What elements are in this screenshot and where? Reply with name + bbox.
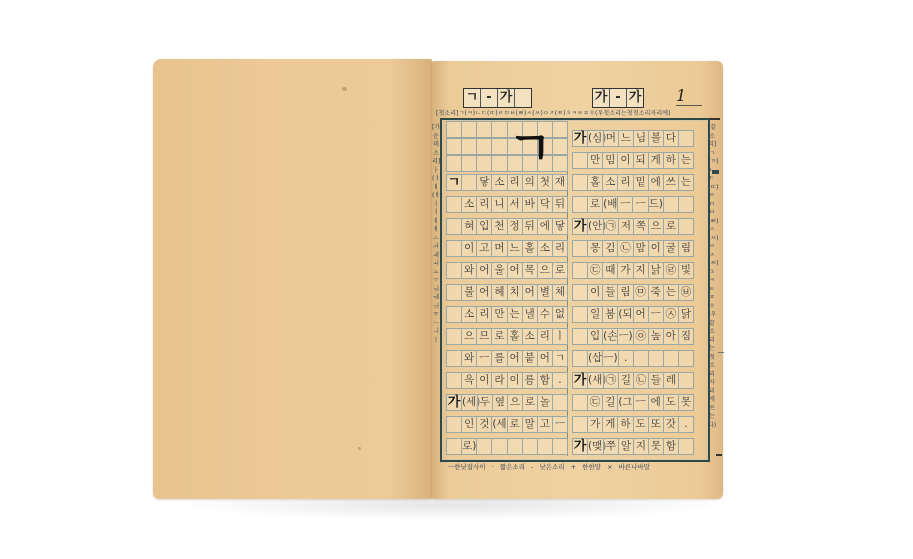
grid-row: 가 (심) 머 느 님 볼 다 [572, 130, 694, 147]
header-char: 가 [627, 89, 643, 107]
grid-row: 가 (안) ㉠ 저 쪽 으 로 [572, 218, 694, 235]
grid-row: 혀 입 천 정 뒤 에 닿 [446, 218, 568, 235]
page-edge-mark [710, 118, 720, 120]
grid-row: 이 들 림 ㉤ 죽 는 ㉥ [572, 284, 694, 301]
grid-row: 로 (배 ㅡ ㅡ 드) [572, 196, 694, 213]
grid-row: ㉢ 길 (그 ㅡ 에 도 못 [572, 394, 694, 411]
header-box-syllable: 가 - 가 [592, 88, 644, 108]
grid-row: 가 (새) ㉠ 길 ㉡ 들 레 [572, 372, 694, 389]
header-char: - [481, 89, 498, 107]
grid-row: 인 것 (세 로 말 고 ㅡ [446, 416, 568, 433]
grid-row: 만 밈 이 되 게 하 는 [572, 152, 694, 169]
initial-consonant-legend: [첫소리]ㄱ(ㅋ)ㄴㄷ(ㄸ)ㄹㅁㅂ(ㅃ)ㅅ(ㅆ)ㅇㅈ(ㅉ)ㅊㅋㅌㅍㅎ(우첫소리는… [436, 108, 708, 117]
header-box-consonant-vowel: ㄱ - 가 [463, 88, 532, 108]
title-consonant: ㄱ [508, 125, 552, 171]
notation-legend-footer: ㅡ한낮잡사이 · 짧은소리 - 낮은소리 + 한한말 × 바른나바말 [448, 462, 710, 471]
header-char: ㄱ [464, 89, 481, 107]
grid-row: 일 붐 (되 어 ㅡ ㉦ 닭 [572, 306, 694, 323]
grid-row: 로) [446, 438, 568, 455]
grid-row: 소 리 니 서 바 닥 뒤 [446, 196, 568, 213]
left-page-blank [153, 59, 432, 499]
paper-stain [358, 447, 361, 450]
grid-row: 홀 소 리 밑 에 쓰 는 [572, 174, 694, 191]
paper-stain [342, 87, 347, 91]
grid-row: 가 (맺) 쭈 알 지 못 함 [572, 438, 694, 455]
grid-row: 불 어 헤 치 어 별 체 [446, 284, 568, 301]
grid-row: 윽 이 라 이 름 함 . [446, 372, 568, 389]
header-char [515, 89, 531, 107]
grid-row: 으 므 로 홀 소 리 ㅣ [446, 328, 568, 345]
page-number: 1 [676, 86, 702, 106]
right-writing-column: 가 (심) 머 느 님 볼 다 만 밈 이 되 게 하 는 홀 소 리 밑 에 … [572, 121, 694, 456]
page-edge-mark [712, 170, 719, 174]
page-edge-mark [718, 352, 724, 353]
left-writing-column: ㄱ ㄱ 닿 소 리 의 첫 재 소 리 니 서 바 닥 뒤 혀 입 천 정 뒤 … [446, 121, 568, 456]
grid-row: 와 어 울 어 목 으 로 [446, 262, 568, 279]
grid-row: ㄱ 닿 소 리 의 첫 재 [446, 174, 568, 191]
vowel-legend-sidebar: [가운데소리]ㅏ(ㅑ)ㅐ(ㅒ)ㅓㅕㅔㅖㅗㅘㅙㅚㅛㅜㅝㅞㅟㅠㅡㅢㅣ [432, 124, 440, 345]
header-char: 가 [593, 89, 610, 107]
grid-row: 가 게 하 도 또 갓 . [572, 416, 694, 433]
grid-row: 이 고 머 느 홀 소 리 [446, 240, 568, 257]
grid-row: 몽 김 ㉡ 맘 이 굴 림 [572, 240, 694, 257]
header-char: 가 [498, 89, 515, 107]
header-char: - [610, 89, 627, 107]
grid-row: 와 ㅡ 를 어 붙 어 ㄱ [446, 350, 568, 367]
grid-row: (삽 ㅡ) . [572, 350, 694, 367]
page-edge-mark [716, 454, 722, 456]
grid-row: ㉢ 때 가 지 낡 ㉣ 빛 [572, 262, 694, 279]
grid-row: 가 (세) 두 옆 으 로 놀 [446, 394, 568, 411]
grid-row: 입 (손 ㅡ) ㉧ 높 아 짐 [572, 328, 694, 345]
grid-row: 소 리 만 는 낼 수 없 [446, 306, 568, 323]
